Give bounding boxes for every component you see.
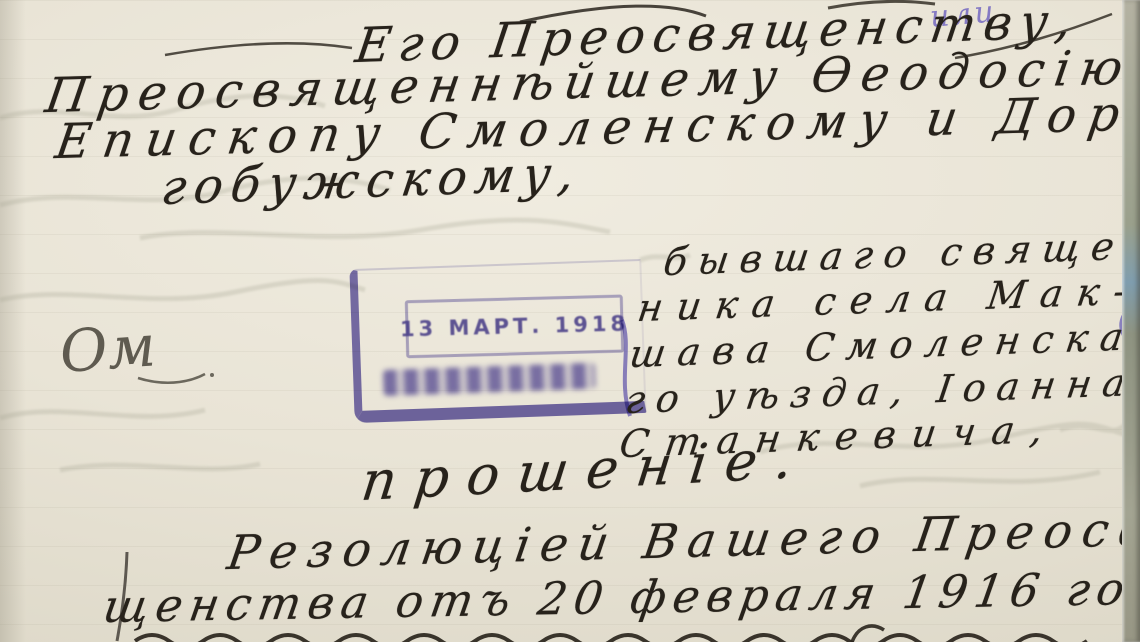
page-edge-right <box>1122 0 1140 642</box>
line1-leadin-swash <box>165 43 352 55</box>
bottom-cutoff-line-stroke <box>135 635 1087 642</box>
stamp-date-box: 13 МАРТ. 1918 <box>405 295 624 359</box>
stamp: 13 МАРТ. 1918 <box>349 259 646 423</box>
document-photo: или Его Преосвященству, Преосвященнѣйшем… <box>0 0 1140 642</box>
margin-mark-dot <box>210 373 214 377</box>
margin-pencil-mark: Ом <box>58 311 158 386</box>
bottom-cutoff-tall-loop <box>852 626 884 642</box>
stamp-date: 13 МАРТ. 1918 <box>400 311 630 341</box>
petition-heading: прошеніе. <box>358 426 814 513</box>
